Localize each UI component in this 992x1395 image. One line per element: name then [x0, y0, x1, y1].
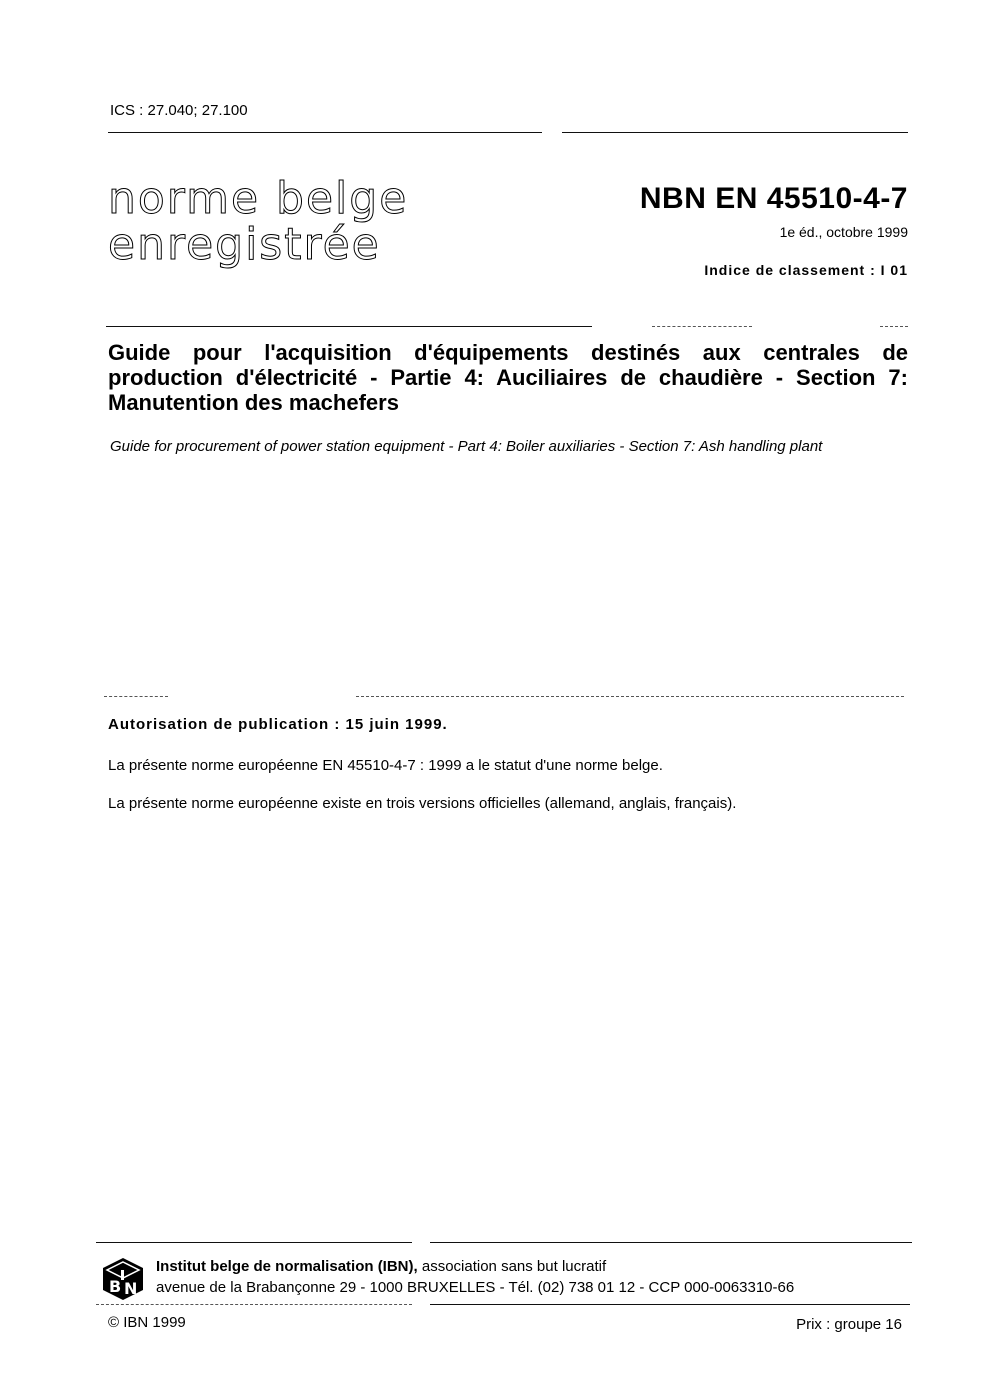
price-group: Prix : groupe 16: [796, 1316, 902, 1333]
institute-description: association sans but lucratif: [418, 1258, 606, 1275]
divider: [562, 132, 908, 133]
ibn-logo-icon: B N: [100, 1256, 146, 1302]
divider: [880, 326, 908, 327]
status-paragraph: La présente norme européenne EN 45510-4-…: [108, 757, 663, 774]
divider: [430, 1242, 912, 1243]
brand-line-2: enregistrée: [108, 222, 381, 268]
divider: [430, 1304, 910, 1305]
institute-address: avenue de la Brabançonne 29 - 1000 BRUXE…: [156, 1277, 794, 1298]
english-title: Guide for procurement of power station e…: [110, 438, 822, 455]
svg-text:N: N: [124, 1279, 137, 1298]
svg-text:B: B: [109, 1277, 121, 1296]
document-title: Guide pour l'acquisition d'équipements d…: [108, 340, 908, 415]
institute-info: Institut belge de normalisation (IBN), a…: [156, 1256, 794, 1298]
divider: [106, 326, 592, 327]
divider: [96, 1242, 412, 1243]
divider: [104, 696, 168, 697]
edition: 1e éd., octobre 1999: [780, 224, 908, 240]
standard-number: NBN EN 45510-4-7: [640, 182, 908, 216]
brand-line-1: norme belge: [108, 176, 408, 222]
publication-authorization: Autorisation de publication : 15 juin 19…: [108, 716, 448, 733]
divider: [652, 326, 752, 327]
copyright: © IBN 1999: [108, 1314, 186, 1331]
divider: [108, 132, 542, 133]
divider: [96, 1304, 412, 1305]
ics-code: ICS : 27.040; 27.100: [110, 102, 248, 119]
divider: [356, 696, 904, 697]
classification-index: Indice de classement : I 01: [704, 262, 908, 278]
institute-name: Institut belge de normalisation (IBN),: [156, 1258, 418, 1275]
versions-paragraph: La présente norme européenne existe en t…: [108, 795, 736, 812]
